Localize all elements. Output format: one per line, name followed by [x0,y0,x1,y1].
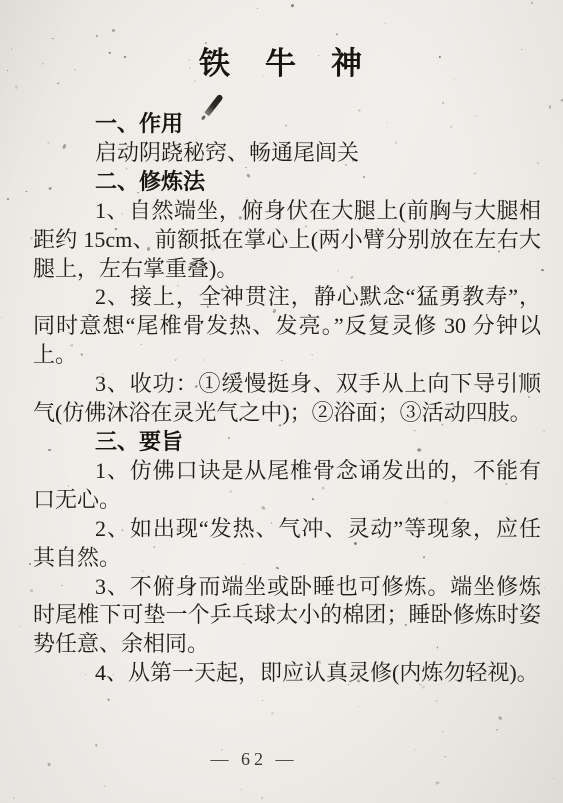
paragraph-key-point-4: 4、从第一天起，即应认真灵修(内炼勿轻视)。 [33,659,541,688]
paragraph-key-point-1: 1、仿佛口诀是从尾椎骨念诵发出的，不能有口无心。 [33,457,541,515]
paragraph-practice-step-2: 2、接上，全神贯注，静心默念“猛勇教寿”，同时意想“尾椎骨发热、发亮。”反复灵修… [33,283,541,370]
page-body: 一、作用 启动阴跷秘窍、畅通尾闾关 二、修炼法 1、自然端坐，俯身伏在大腿上(前… [33,110,541,688]
paragraph-practice-step-1: 1、自然端坐，俯身伏在大腿上(前胸与大腿相距约 15cm、前额抵在掌心上(两小臂… [33,197,541,284]
paragraph-key-point-3: 3、不俯身而端坐或卧睡也可修炼。端坐修炼时尾椎下可垫一个乒乓球大小的棉团；睡卧修… [33,573,541,660]
paragraph-key-point-2: 2、如出现“发热、气冲、灵动”等现象，应任其自然。 [33,515,541,573]
paragraph-practice-step-3: 3、收功：①缓慢挺身、双手从上向下导引顺气(仿佛沐浴在灵光气之中)；②浴面；③活… [33,370,541,428]
section-heading-function: 一、作用 [95,110,541,139]
page-number: — 62 — [0,749,563,770]
section-heading-practice-method: 二、修炼法 [95,168,541,197]
scanned-book-page: 铁 牛 神 一、作用 启动阴跷秘窍、畅通尾闾关 二、修炼法 1、自然端坐，俯身伏… [0,0,563,803]
paragraph-function-summary: 启动阴跷秘窍、畅通尾闾关 [33,139,541,168]
page-title: 铁 牛 神 [0,38,563,83]
section-heading-key-points: 三、要旨 [95,428,541,457]
